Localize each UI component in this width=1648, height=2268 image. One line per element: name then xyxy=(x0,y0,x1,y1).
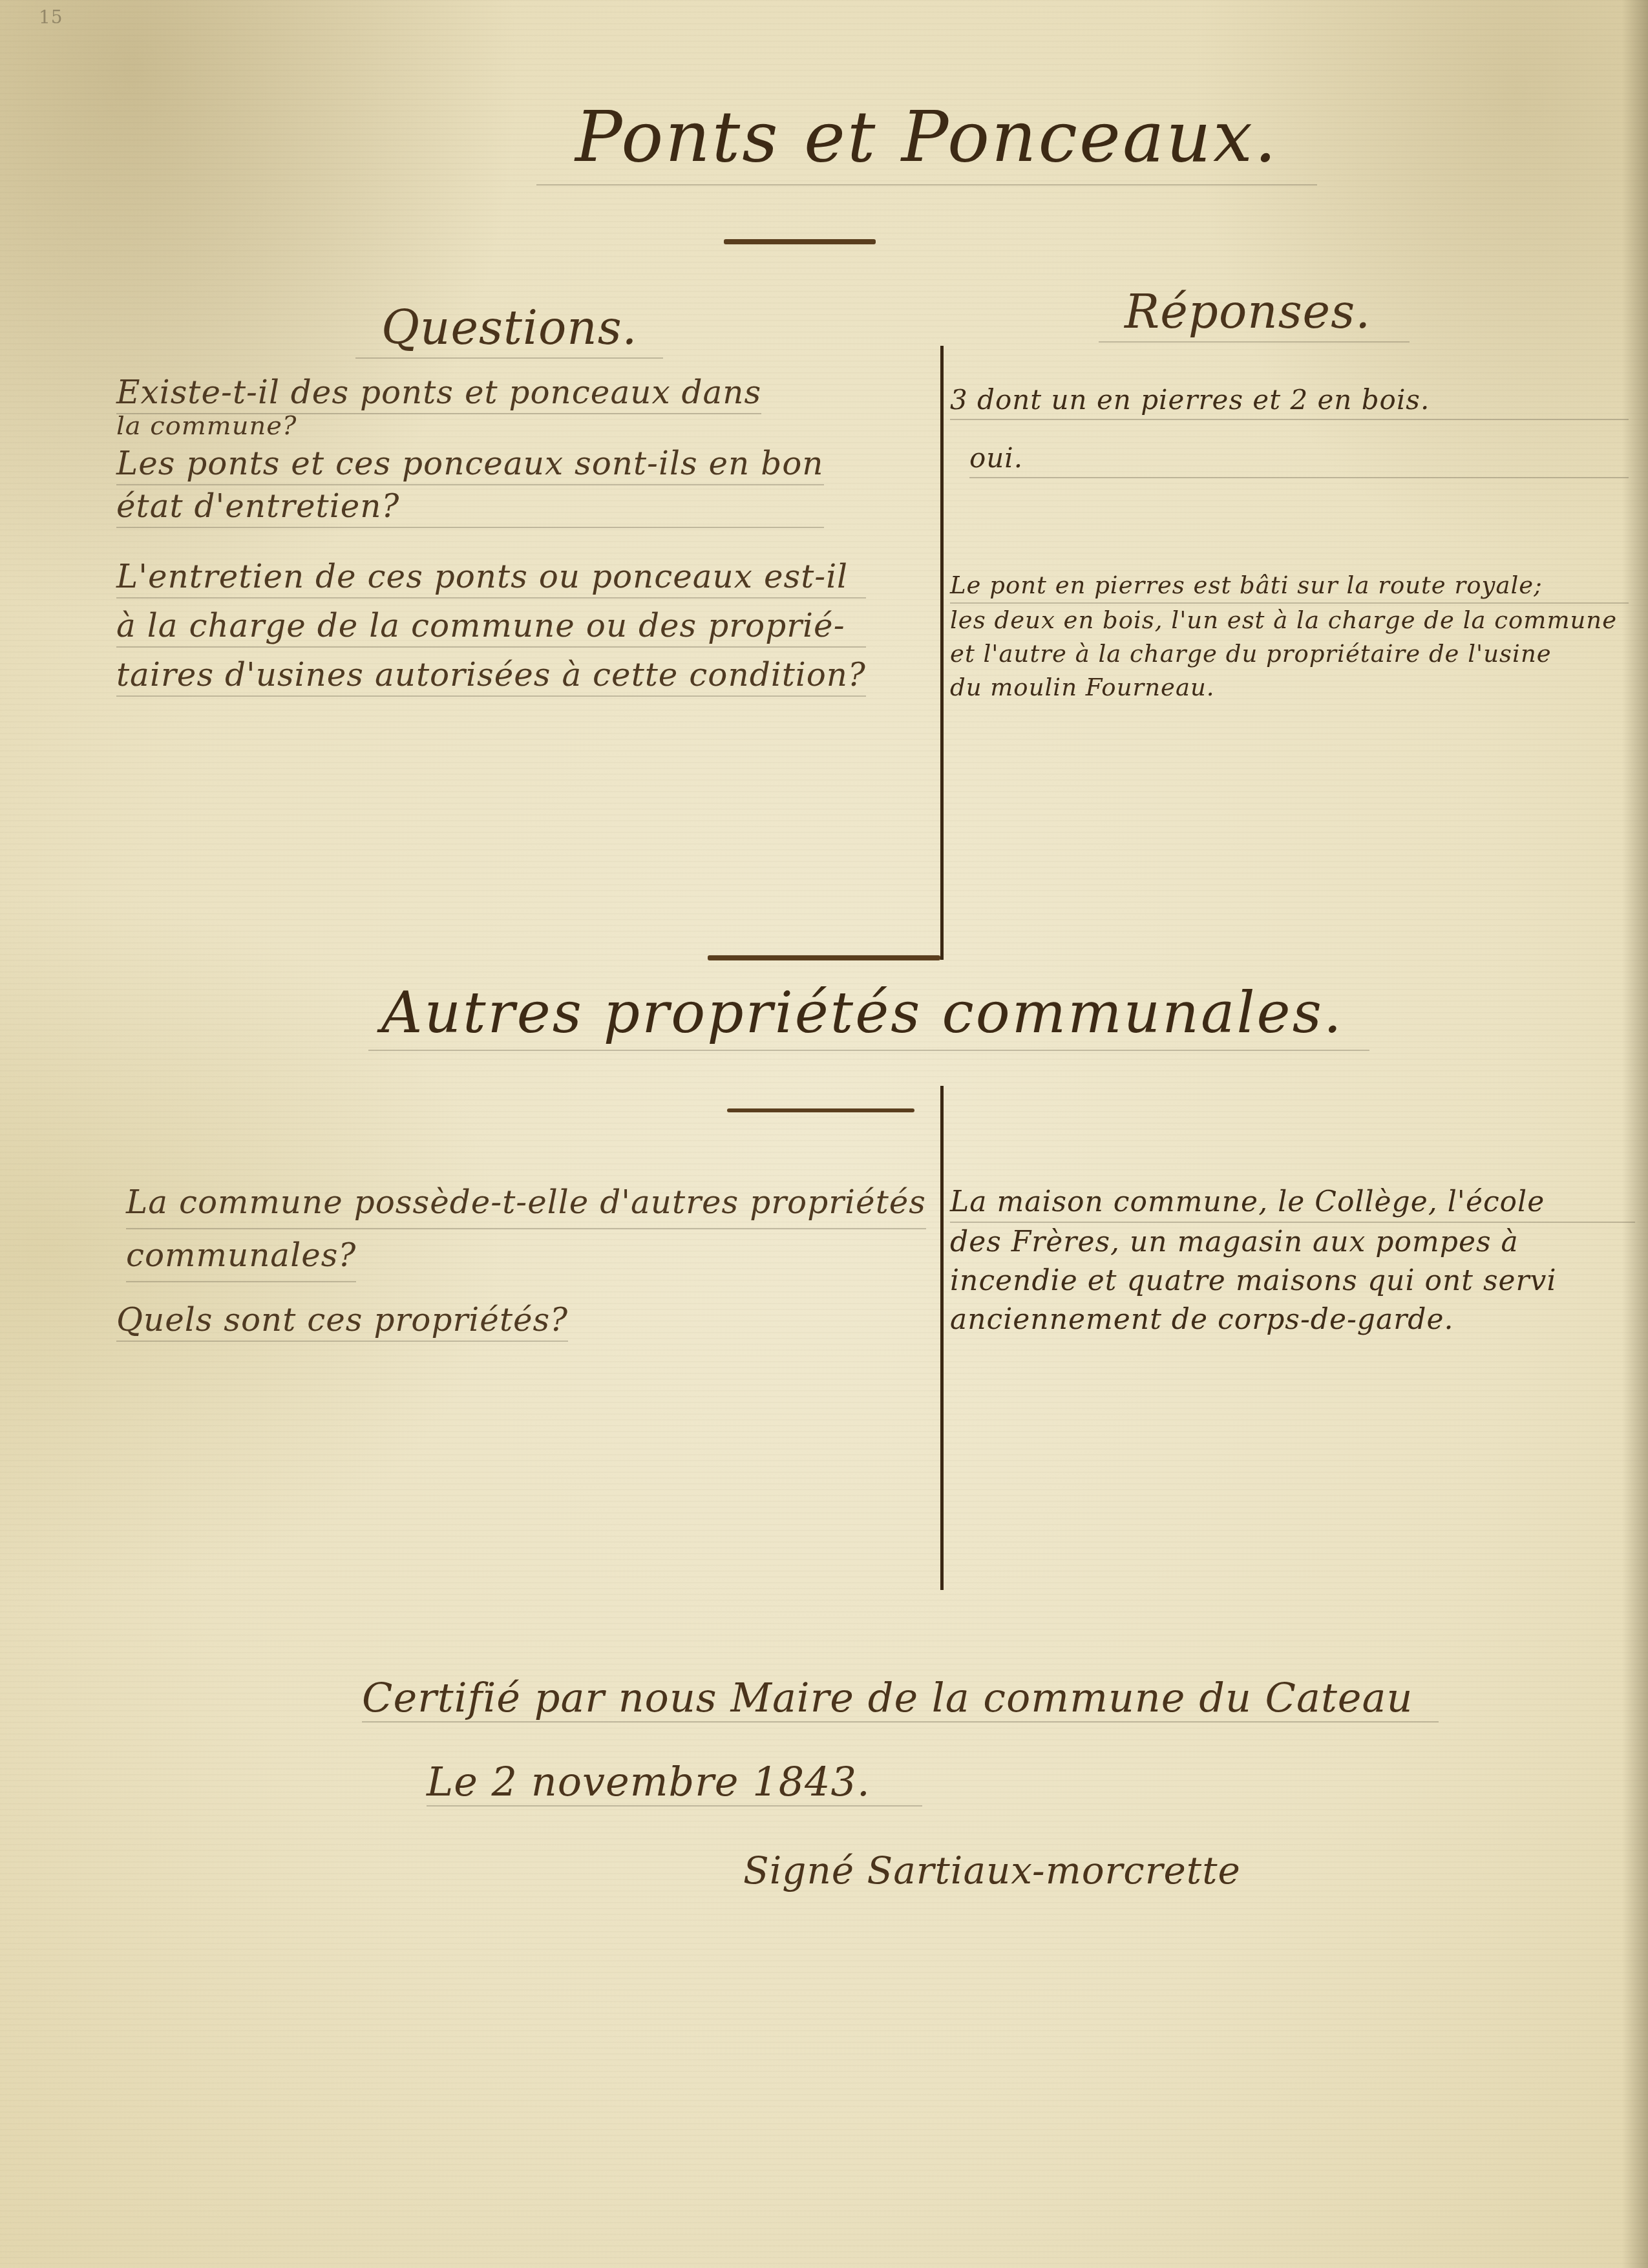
question-line: état d'entretien? xyxy=(116,485,824,528)
question-bridges-maintenance: L'entretien de ces ponts ou ponceaux est… xyxy=(116,556,866,697)
answer-line: les deux en bois, l'un est à la charge d… xyxy=(950,604,1629,637)
question-line: taires d'usines autorisées à cette condi… xyxy=(116,654,866,697)
answer-line: oui. xyxy=(969,440,1629,478)
question-line: la commune? xyxy=(116,414,761,438)
answer-line: Le pont en pierres est bâti sur la route… xyxy=(950,569,1629,604)
question-which-properties: Quels sont ces propriétés? xyxy=(116,1299,568,1342)
answer-line: 3 dont un en pierres et 2 en bois. xyxy=(950,381,1629,420)
answer-line: des Frères, un magasin aux pompes à xyxy=(950,1223,1635,1262)
question-line: Les ponts et ces ponceaux sont-ils en bo… xyxy=(116,443,824,485)
question-bridges-exist: Existe-t-il des ponts et ponceaux dans l… xyxy=(116,372,761,438)
questions-header: Questions. xyxy=(355,301,663,359)
answer-line: La maison commune, le Collège, l'école xyxy=(950,1183,1635,1223)
question-line: communales? xyxy=(126,1229,356,1282)
question-bridges-condition: Les ponts et ces ponceaux sont-ils en bo… xyxy=(116,443,824,528)
answer-bridges-maintenance: Le pont en pierres est bâti sur la route… xyxy=(950,569,1629,705)
certification-line: Certifié par nous Maire de la commune du… xyxy=(362,1674,1439,1722)
section2-underline-rule xyxy=(727,1108,914,1112)
question-line: à la charge de la commune ou des proprié… xyxy=(116,605,866,648)
question-line: Quels sont ces propriétés? xyxy=(116,1299,568,1342)
mayor-signature: Signé Sartiaux-morcrette xyxy=(743,1849,1241,1892)
column-divider-2 xyxy=(940,1086,944,1590)
answer-line: anciennement de corps-de-garde. xyxy=(950,1300,1635,1339)
answer-line: incendie et quatre maisons qui ont servi xyxy=(950,1262,1635,1300)
answer-bridges-condition: oui. xyxy=(969,440,1629,478)
question-line: Existe-t-il des ponts et ponceaux dans xyxy=(116,372,761,414)
answer-line: du moulin Fourneau. xyxy=(950,671,1629,705)
section2-title: Autres propriétés communales. xyxy=(368,979,1369,1051)
section-separator-rule xyxy=(708,955,940,960)
question-other-properties: La commune possède-t-elle d'autres propr… xyxy=(126,1176,926,1282)
column-divider xyxy=(940,346,944,960)
question-line: L'entretien de ces ponts ou ponceaux est… xyxy=(116,556,866,599)
title-underline-rule xyxy=(724,239,876,244)
answer-line: et l'autre à la charge du propriétaire d… xyxy=(950,637,1629,671)
question-line: La commune possède-t-elle d'autres propr… xyxy=(126,1176,926,1229)
answers-header: Réponses. xyxy=(1099,284,1410,343)
answer-bridges-exist: 3 dont un en pierres et 2 en bois. xyxy=(950,381,1629,420)
certification-date: Le 2 novembre 1843. xyxy=(427,1758,922,1807)
section1-title: Ponts et Ponceaux. xyxy=(536,97,1317,185)
page-mark: 15 xyxy=(39,6,63,28)
answer-other-properties: La maison commune, le Collège, l'école d… xyxy=(950,1183,1635,1339)
